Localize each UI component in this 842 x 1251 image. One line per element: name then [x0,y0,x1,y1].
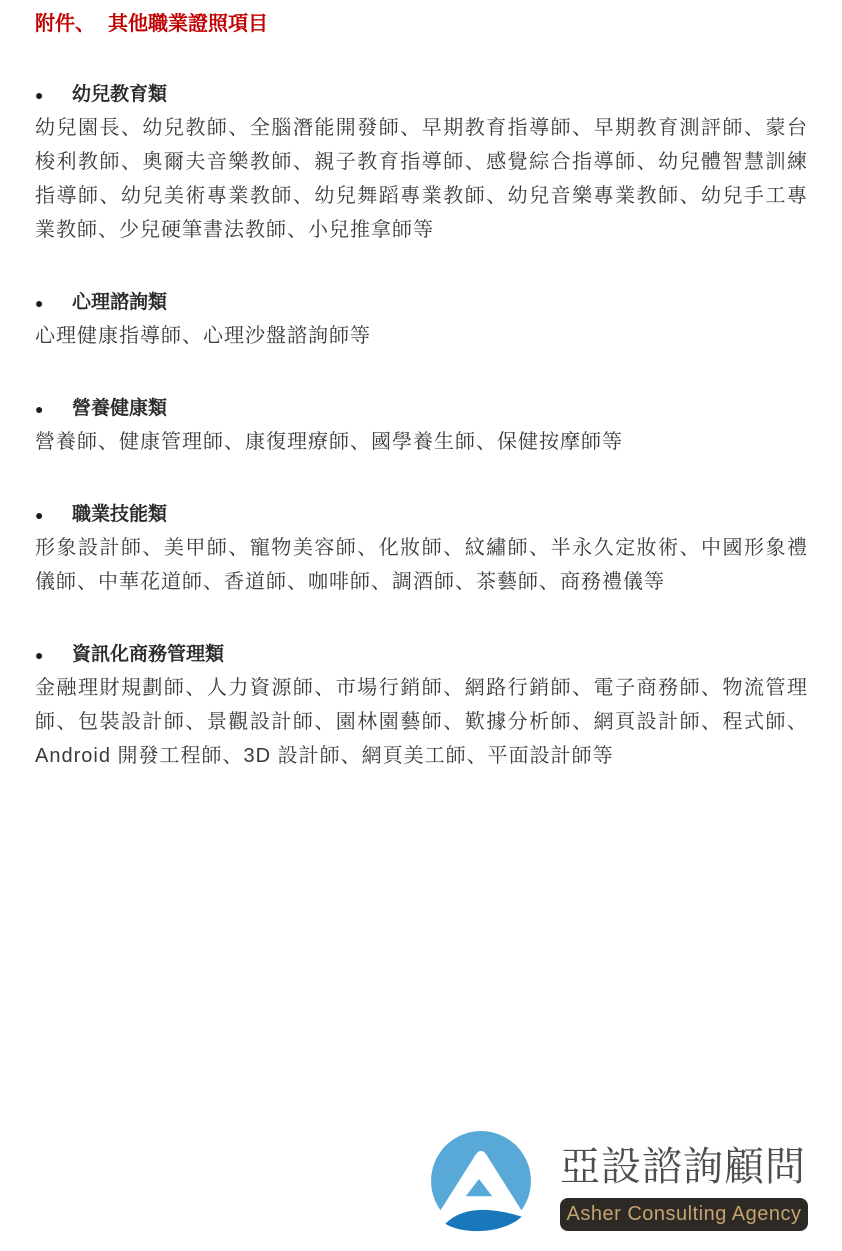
doc-title: 附件、其他職業證照項目 [35,13,808,35]
section-body-text: 形象設計師、美甲師、寵物美容師、化妝師、紋繡師、半永久定妝術、中國形象禮儀師、中… [35,531,808,599]
section-heading-text: 營養健康類 [72,397,167,421]
bullet-icon: ● [35,503,72,527]
bullet-icon: ● [35,643,72,667]
section-body-text: 營養師、健康管理師、康復理療師、國學養生師、保健按摩師等 [35,425,808,459]
section-body-text: 心理健康指導師、心理沙盤諮詢師等 [35,319,808,353]
bullet-icon: ● [35,397,72,421]
section-body-text: 金融理財規劃師、人力資源師、市場行銷師、網路行銷師、電子商務師、物流管理師、包裝… [35,671,808,773]
company-logo: 亞設諮詢顧問 Asher Consulting Agency [430,1127,810,1239]
section-nutrition-health: ● 營養健康類 營養師、健康管理師、康復理療師、國學養生師、保健按摩師等 [35,397,808,459]
section-heading-text: 心理諮詢類 [72,291,167,315]
section-psychological-counseling: ● 心理諮詢類 心理健康指導師、心理沙盤諮詢師等 [35,291,808,353]
section-heading-text: 資訊化商務管理類 [72,643,224,667]
company-logo-icon [430,1129,532,1235]
section-heading: ● 心理諮詢類 [35,291,808,315]
doc-title-text: 其他職業證照項目 [108,13,268,35]
section-heading-text: 幼兒教育類 [72,83,167,107]
company-logo-text: 亞設諮詢顧問 Asher Consulting Agency [560,1127,810,1239]
document-page: 附件、其他職業證照項目 ● 幼兒教育類 幼兒園長、幼兒教師、全腦潛能開發師、早期… [0,0,842,1251]
doc-title-label: 附件、 [35,13,95,35]
section-heading: ● 營養健康類 [35,397,808,421]
bullet-icon: ● [35,83,72,107]
section-heading: ● 幼兒教育類 [35,83,808,107]
company-name-en: Asher Consulting Agency [567,1203,802,1226]
company-name-zh: 亞設諮詢顧問 [560,1145,810,1189]
section-heading: ● 資訊化商務管理類 [35,643,808,667]
company-name-en-badge: Asher Consulting Agency [560,1198,808,1231]
section-early-childhood-education: ● 幼兒教育類 幼兒園長、幼兒教師、全腦潛能開發師、早期教育指導師、早期教育測評… [35,83,808,247]
bullet-icon: ● [35,291,72,315]
section-heading-text: 職業技能類 [72,503,167,527]
section-it-business-management: ● 資訊化商務管理類 金融理財規劃師、人力資源師、市場行銷師、網路行銷師、電子商… [35,643,808,773]
section-body-text: 幼兒園長、幼兒教師、全腦潛能開發師、早期教育指導師、早期教育測評師、蒙台梭利教師… [35,111,808,247]
section-vocational-skills: ● 職業技能類 形象設計師、美甲師、寵物美容師、化妝師、紋繡師、半永久定妝術、中… [35,503,808,599]
section-heading: ● 職業技能類 [35,503,808,527]
